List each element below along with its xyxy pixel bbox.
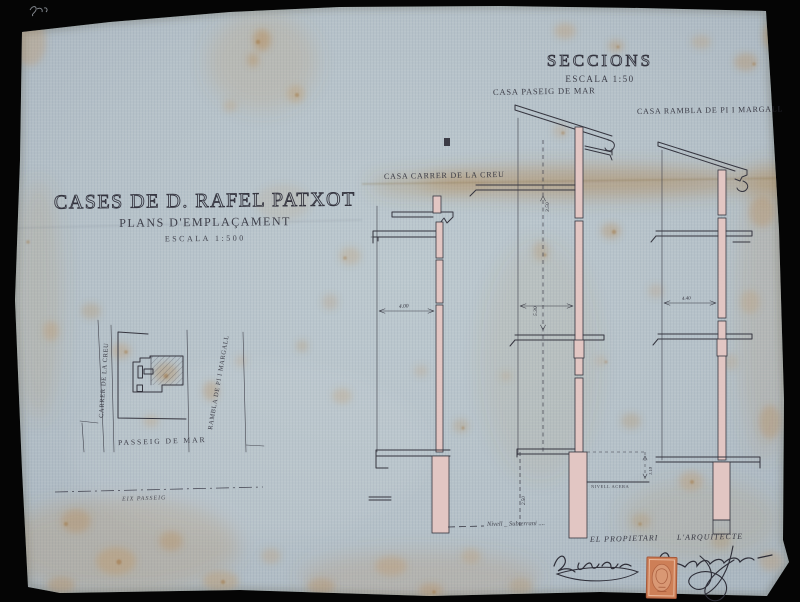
owner-label: EL PROPIETARI: [589, 533, 659, 544]
slab-bearing: [574, 340, 584, 358]
tax-stamp: [646, 557, 677, 599]
wall-upper: [575, 127, 583, 218]
plan-subtitle: PLANS D'EMPLAÇAMENT: [119, 214, 291, 230]
scan-background: CASES DE D. RAFEL PATXOT PLANS D'EMPLAÇA…: [0, 0, 800, 602]
wall-lower: [436, 305, 443, 452]
foundation-wall: [432, 456, 449, 533]
plan-scale: ESCALA 1:500: [165, 234, 246, 244]
slab-bearing: [717, 339, 727, 356]
building-hatched-wing: [151, 356, 183, 385]
width-dimension-value: 4.40: [682, 297, 691, 302]
scanned-architectural-drawing: CASES DE D. RAFEL PATXOT PLANS D'EMPLAÇA…: [0, 0, 800, 602]
width-dimension-value: 4.00: [399, 302, 409, 310]
section-paseig-mar-label: CASA PASEIG DE MAR: [493, 85, 596, 97]
width-dimension-value: 5.30: [533, 306, 539, 316]
paper-sheet: [0, 0, 800, 602]
wall-upper: [436, 222, 443, 258]
foundation-wall: [569, 452, 587, 538]
wall-mid: [718, 218, 726, 318]
neighbor-wall-stub: [444, 138, 450, 146]
wall-lower: [575, 378, 583, 452]
wall-upper: [718, 170, 726, 215]
architect-label: L'ARQUITECTE: [676, 532, 743, 542]
subsoil-level-label: Nivell _ Subterrani ....: [486, 520, 545, 528]
corner-pen-mark: [30, 7, 47, 16]
wall-mid: [436, 260, 443, 303]
plan-title: CASES DE D. RAFEL PATXOT: [54, 188, 356, 213]
sidewalk-level-label: NIVELL ACERA: [591, 484, 629, 489]
upper-height-value: 3.50: [545, 202, 551, 213]
foundation-wall: [713, 462, 730, 520]
basement-depth-value: 2.50: [522, 496, 527, 505]
sections-scale: ESCALA 1:50: [565, 74, 634, 84]
sidewalk-dim-value: 1.10: [648, 466, 653, 475]
sections-title: SECCIONS: [547, 51, 653, 70]
parapet-wall: [433, 196, 441, 213]
